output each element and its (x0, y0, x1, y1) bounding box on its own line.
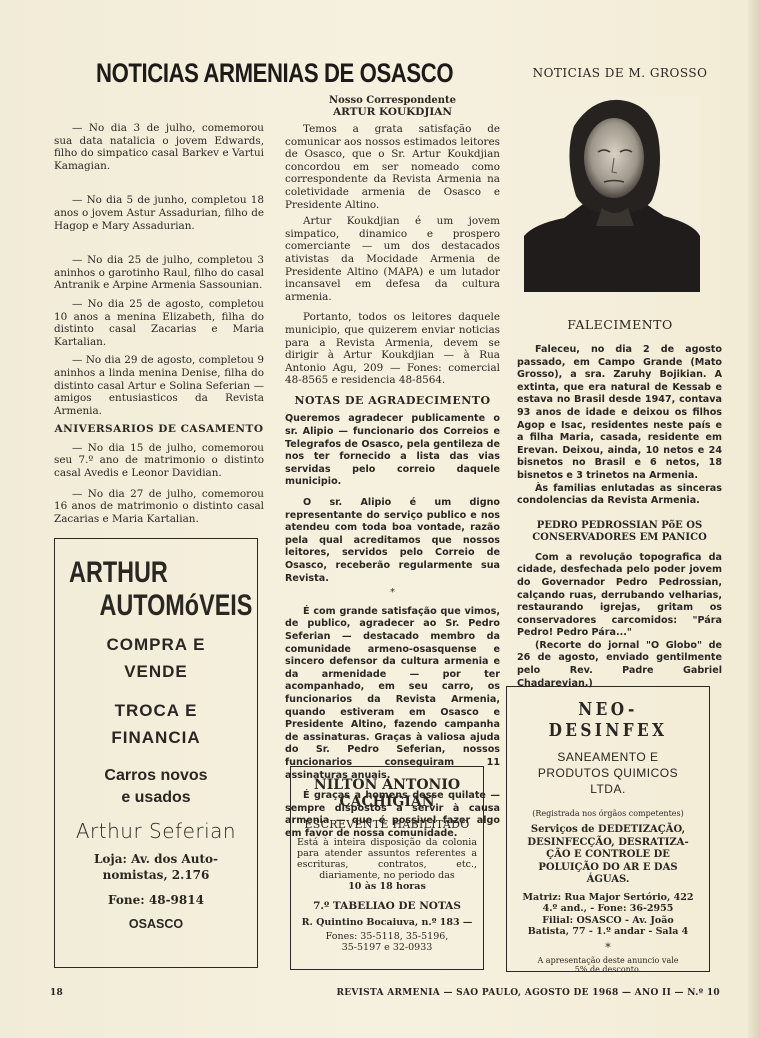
ad-brand: NEO-DESINFEX (522, 699, 694, 741)
anniversary-item: — No dia 27 de julho, comemorou 16 anos … (54, 488, 264, 526)
osasco-middle-column: Nosso Correspondente ARTUR KOUKDJIAN Tem… (285, 95, 500, 852)
page-title: NOTICIAS ARMENIAS DE OSASCO (96, 58, 391, 89)
ad-phone: Fone: 48-9814 (55, 893, 257, 907)
paragraph: O sr. Alipio é um digno representante do… (285, 497, 500, 585)
ad-services-line: ÁGUAS. (507, 874, 709, 887)
ad-cars-line1: Carros novos (55, 765, 257, 787)
portrait-image (524, 96, 700, 292)
ad-registered: (Registrada nos órgãos competentes) (507, 809, 709, 818)
obituary-heading: FALECIMENTO (515, 317, 725, 332)
grosso-column: Faleceu, no dia 2 de agosto passado, em … (517, 344, 722, 702)
pedrossian-source: (Recorte do jornal "O Globo" de 26 de ag… (517, 640, 722, 690)
obituary-text: Faleceu, no dia 2 de agosto passado, em … (517, 344, 722, 483)
ad-address-line1: Loja: Av. dos Auto- (55, 851, 257, 867)
pedrossian-text: Com a revolução topografica da cidade, d… (517, 552, 722, 640)
news-item: — No dia 25 de julho, completou 3 aninho… (54, 254, 264, 292)
ad-company-line2: PRODUTOS QUIMICOS (507, 765, 709, 781)
ad-services-line: POLUIÇÃO DO AR E DAS (507, 862, 709, 875)
news-item: — No dia 5 de junho, completou 18 anos o… (54, 194, 264, 232)
ad-hours: 10 às 18 horas (291, 881, 483, 892)
footer-masthead: REVISTA ARMENIA — SAO PAULO, AGOSTO DE 1… (320, 988, 720, 998)
grosso-title: NOTICIAS DE M. GROSSO (515, 66, 725, 80)
ad-discount-line1: A apresentação deste anuncio vale (507, 956, 709, 966)
ad-brand-line1: ARTHUR (55, 557, 213, 589)
ad-services-line: Serviços de DEDETIZAÇÃO, (507, 824, 709, 837)
ad-nilton-cachigian: NILTON ANTONIO CACHIGIAN ESCREVENTE HABI… (290, 766, 484, 970)
ad-brand-line2: AUTOMóVEIS (99, 589, 257, 623)
ad-matriz-line1: Matriz: Rua Major Sertório, 422 (507, 892, 709, 904)
paragraph: Temos a grata satisfação de comunicar ao… (285, 123, 500, 211)
ad-company-line1: SANEAMENTO E (507, 749, 709, 765)
news-item: — No dia 25 de agosto, completou 10 anos… (54, 298, 264, 348)
paragraph: Portanto, todos os leitores daquele muni… (285, 311, 500, 387)
anniversaries-heading: ANIVERSARIOS DE CASAMENTO (54, 423, 264, 436)
obituary-photo (524, 96, 700, 292)
ad-body: Está à inteira disposição da colonia par… (297, 837, 477, 881)
paragraph: Artur Koukdjian é um jovem simpatico, di… (285, 215, 500, 303)
osasco-left-column: — No dia 3 de julho, comemorou sua data … (54, 122, 264, 537)
ad-name-line1: NILTON ANTONIO (291, 777, 483, 794)
ad-office: 7.º TABELIAO DE NOTAS (291, 900, 483, 912)
ad-filial-line2: Batista, 77 - 1.º andar - Sala 4 (507, 926, 709, 938)
ad-services-line: DESINFECÇÃO, DESRATIZA- (507, 837, 709, 850)
paragraph: Queremos agradecer publicamente o sr. Al… (285, 413, 500, 489)
ad-cars-line2: e usados (55, 787, 257, 809)
paragraph: É com grande satisfação que vimos, de pu… (285, 606, 500, 782)
ad-buy-line: COMPRA E (55, 631, 257, 658)
ad-company-line3: LTDA. (507, 781, 709, 797)
ad-filial-line1: Filial: OSASCO - Av. João (507, 915, 709, 927)
ad-sell-line: VENDE (55, 658, 257, 685)
page-number: 18 (50, 988, 63, 998)
ad-finance-line: FINANCIA (55, 724, 257, 751)
ad-owner: Arthur Seferian (55, 819, 257, 843)
ad-discount-line2: 5% de desconto. (507, 965, 709, 975)
news-item: — No dia 29 de agosto, completou 9 aninh… (54, 354, 264, 417)
pedrossian-heading: PEDRO PEDROSSIAN PõE OS CONSERVADORES EM… (517, 520, 722, 544)
ad-phones-line1: Fones: 35-5118, 35-5196, (291, 931, 483, 942)
ad-name-line2: CACHIGIAN (291, 794, 483, 811)
ad-trade-line: TROCA E (55, 697, 257, 724)
correspondent-label: Nosso Correspondente (285, 95, 500, 106)
obituary-condolences: Às familias enlutadas as sinceras condol… (517, 483, 722, 508)
ad-role: ESCREVENTE HABILITADO (291, 818, 483, 831)
star-icon: * (507, 941, 709, 954)
thanks-heading: NOTAS DE AGRADECIMENTO (285, 395, 500, 408)
page-edge (748, 0, 760, 1038)
anniversary-item: — No dia 15 de julho, comemorou seu 7.º … (54, 442, 264, 480)
ad-phones-line2: 35-5197 e 32-0933 (291, 942, 483, 953)
ad-address: R. Quintino Bocaiuva, n.º 183 — (291, 917, 483, 928)
ad-neo-desinfex: NEO-DESINFEX SANEAMENTO E PRODUTOS QUIMI… (506, 686, 710, 972)
ad-city: OSASCO (55, 917, 257, 931)
ad-arthur-automoveis: ARTHUR AUTOMóVEIS COMPRA E VENDE TROCA E… (54, 538, 258, 968)
correspondent-name: ARTUR KOUKDJIAN (285, 106, 500, 119)
news-item: — No dia 3 de julho, comemorou sua data … (54, 122, 264, 172)
ad-matriz-line2: 4.º and., - Fone: 36-2955 (507, 903, 709, 915)
ad-address-line2: nomistas, 2.176 (55, 867, 257, 883)
ad-services-line: ÇÃO E CONTROLE DE (507, 849, 709, 862)
separator-asterisk: * (285, 587, 500, 600)
